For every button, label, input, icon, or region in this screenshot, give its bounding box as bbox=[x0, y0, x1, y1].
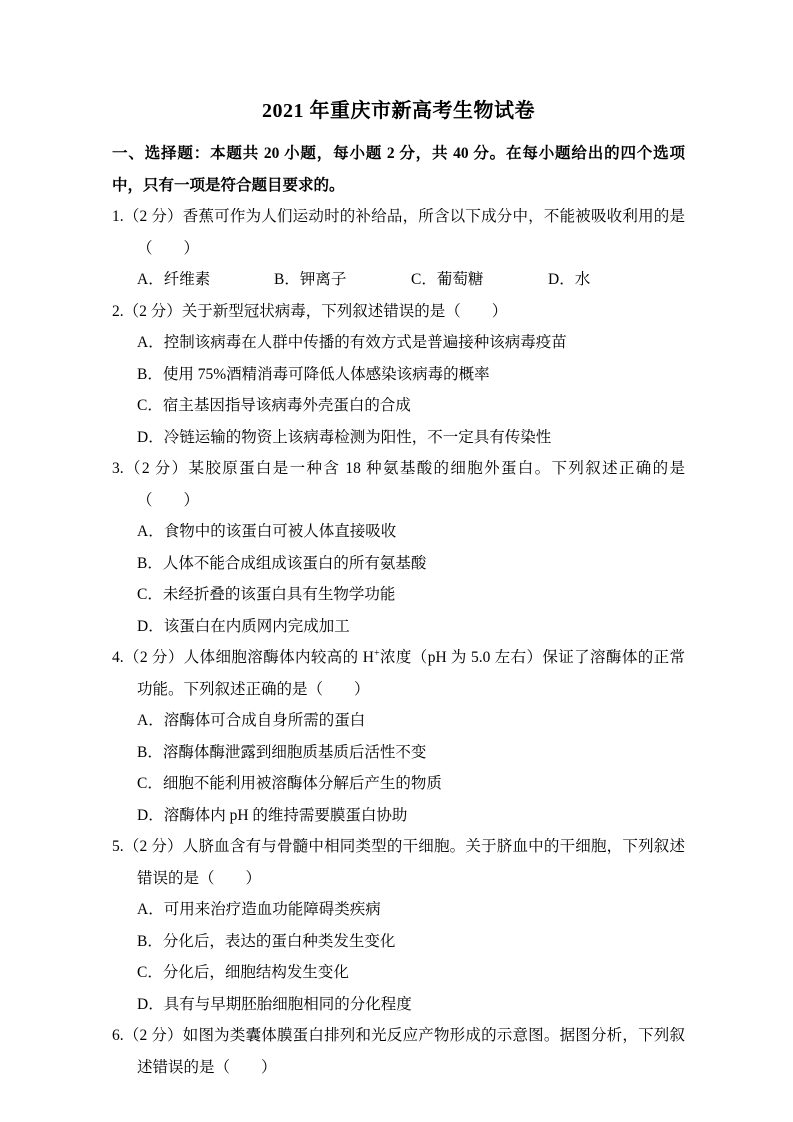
question-5-points: （2 分） bbox=[124, 838, 183, 855]
question-4-stem-pre: 人体细胞溶酶体内较高的 H bbox=[184, 649, 374, 666]
question-4-option-a: A．溶酶体可合成自身所需的蛋白 bbox=[112, 705, 685, 737]
option-label: B． bbox=[137, 366, 163, 383]
question-2: 2.（2 分）关于新型冠状病毒，下列叙述错误的是（ ） A．控制该病毒在人群中传… bbox=[112, 296, 685, 454]
question-4: 4.（2 分）人体细胞溶酶体内较高的 H+浓度（pH 为 5.0 左右）保证了溶… bbox=[112, 642, 685, 831]
question-4-option-d: D．溶酶体内 pH 的维持需要膜蛋白协助 bbox=[112, 800, 685, 832]
question-3-number: 3. bbox=[112, 460, 124, 477]
question-5-option-a: A．可用来治疗造血功能障碍类疾病 bbox=[112, 894, 685, 926]
section-header: 一、选择题：本题共 20 小题，每小题 2 分，共 40 分。在每小题给出的四个… bbox=[112, 138, 685, 201]
question-5-option-c: C．分化后，细胞结构发生变化 bbox=[112, 957, 685, 989]
question-6-stem: 6.（2 分）如图为类囊体膜蛋白排列和光反应产物形成的示意图。据图分析，下列叙述… bbox=[112, 1020, 685, 1083]
option-text: 分化后，表达的蛋白种类发生变化 bbox=[163, 933, 396, 950]
question-3-stem: 3.（2 分）某胶原蛋白是一种含 18 种氨基酸的细胞外蛋白。下列叙述正确的是（… bbox=[112, 453, 685, 516]
option-text: 溶酶体酶泄露到细胞质基质后活性不变 bbox=[163, 744, 427, 761]
option-text: 细胞不能利用被溶酶体分解后产生的物质 bbox=[163, 775, 442, 792]
option-label: C． bbox=[137, 397, 163, 414]
question-5-option-d: D．具有与早期胚胎细胞相同的分化程度 bbox=[112, 989, 685, 1021]
page-title: 2021 年重庆市新高考生物试卷 bbox=[112, 94, 685, 128]
question-1-option-b: B．钾离子 bbox=[274, 264, 411, 296]
question-2-option-d: D．冷链运输的物资上该病毒检测为阳性，不一定具有传染性 bbox=[112, 422, 685, 454]
question-1: 1.（2 分）香蕉可作为人们运动时的补给品，所含以下成分中，不能被吸收利用的是（… bbox=[112, 201, 685, 296]
question-3-stem-text: 某胶原蛋白是一种含 18 种氨基酸的细胞外蛋白。下列叙述正确的是（ ） bbox=[137, 460, 685, 509]
question-6-stem-text: 如图为类囊体膜蛋白排列和光反应产物形成的示意图。据图分析，下列叙述错误的是（ ） bbox=[137, 1027, 685, 1076]
option-label: A． bbox=[137, 334, 164, 351]
question-2-stem: 2.（2 分）关于新型冠状病毒，下列叙述错误的是（ ） bbox=[112, 296, 685, 328]
question-3-points: （2 分） bbox=[124, 460, 189, 477]
option-text: 水 bbox=[575, 271, 591, 288]
question-3-option-c: C．未经折叠的该蛋白具有生物学功能 bbox=[112, 579, 685, 611]
option-label: D． bbox=[548, 271, 575, 288]
option-label: D． bbox=[137, 618, 164, 635]
option-text: 未经折叠的该蛋白具有生物学功能 bbox=[163, 586, 396, 603]
question-4-stem: 4.（2 分）人体细胞溶酶体内较高的 H+浓度（pH 为 5.0 左右）保证了溶… bbox=[112, 642, 685, 705]
question-5-stem-text: 人脐血含有与骨髓中相同类型的干细胞。关于脐血中的干细胞，下列叙述错误的是（ ） bbox=[137, 838, 685, 887]
option-text: 冷链运输的物资上该病毒检测为阳性，不一定具有传染性 bbox=[164, 429, 552, 446]
option-text: 食物中的该蛋白可被人体直接吸收 bbox=[164, 523, 397, 540]
question-2-option-a: A．控制该病毒在人群中传播的有效方式是普遍接种该病毒疫苗 bbox=[112, 327, 685, 359]
question-3-option-a: A．食物中的该蛋白可被人体直接吸收 bbox=[112, 516, 685, 548]
option-text: 使用 75%酒精消毒可降低人体感染该病毒的概率 bbox=[163, 366, 490, 383]
question-5-option-b: B．分化后，表达的蛋白种类发生变化 bbox=[112, 926, 685, 958]
option-label: D． bbox=[137, 429, 164, 446]
option-text: 溶酶体可合成自身所需的蛋白 bbox=[164, 712, 366, 729]
question-4-option-b: B．溶酶体酶泄露到细胞质基质后活性不变 bbox=[112, 737, 685, 769]
question-6-points: （2 分） bbox=[124, 1027, 183, 1044]
exam-content: 2021 年重庆市新高考生物试卷 一、选择题：本题共 20 小题，每小题 2 分… bbox=[112, 94, 685, 1083]
question-4-number: 4. bbox=[112, 649, 124, 666]
option-label: C． bbox=[137, 775, 163, 792]
option-text: 纤维素 bbox=[164, 271, 211, 288]
option-label: A． bbox=[137, 712, 164, 729]
question-1-points: （2 分） bbox=[124, 208, 183, 225]
option-text: 具有与早期胚胎细胞相同的分化程度 bbox=[164, 996, 412, 1013]
option-text: 分化后，细胞结构发生变化 bbox=[163, 964, 349, 981]
option-label: B． bbox=[274, 271, 300, 288]
option-label: B． bbox=[137, 744, 163, 761]
question-3: 3.（2 分）某胶原蛋白是一种含 18 种氨基酸的细胞外蛋白。下列叙述正确的是（… bbox=[112, 453, 685, 642]
question-2-stem-text: 关于新型冠状病毒，下列叙述错误的是（ ） bbox=[182, 303, 508, 320]
question-1-option-d: D．水 bbox=[548, 264, 685, 296]
option-text: 控制该病毒在人群中传播的有效方式是普遍接种该病毒疫苗 bbox=[164, 334, 567, 351]
question-1-stem: 1.（2 分）香蕉可作为人们运动时的补给品，所含以下成分中，不能被吸收利用的是（… bbox=[112, 201, 685, 264]
question-4-option-c: C．细胞不能利用被溶酶体分解后产生的物质 bbox=[112, 768, 685, 800]
option-text: 人体不能合成组成该蛋白的所有氨基酸 bbox=[163, 555, 427, 572]
question-2-number: 2. bbox=[112, 303, 124, 320]
option-label: D． bbox=[137, 996, 164, 1013]
question-5-stem: 5.（2 分）人脐血含有与骨髓中相同类型的干细胞。关于脐血中的干细胞，下列叙述错… bbox=[112, 831, 685, 894]
question-2-points: （2 分） bbox=[124, 303, 182, 320]
option-text: 葡萄糖 bbox=[437, 271, 484, 288]
option-label: A． bbox=[137, 271, 164, 288]
option-label: A． bbox=[137, 901, 164, 918]
question-6-number: 6. bbox=[112, 1027, 124, 1044]
option-text: 钾离子 bbox=[300, 271, 347, 288]
question-1-option-c: C．葡萄糖 bbox=[411, 264, 548, 296]
question-6: 6.（2 分）如图为类囊体膜蛋白排列和光反应产物形成的示意图。据图分析，下列叙述… bbox=[112, 1020, 685, 1083]
option-label: C． bbox=[411, 271, 437, 288]
question-5: 5.（2 分）人脐血含有与骨髓中相同类型的干细胞。关于脐血中的干细胞，下列叙述错… bbox=[112, 831, 685, 1020]
option-label: B． bbox=[137, 933, 163, 950]
option-label: D． bbox=[137, 807, 164, 824]
option-label: A． bbox=[137, 523, 164, 540]
question-2-option-b: B．使用 75%酒精消毒可降低人体感染该病毒的概率 bbox=[112, 359, 685, 391]
question-1-number: 1. bbox=[112, 208, 124, 225]
question-2-option-c: C．宿主基因指导该病毒外壳蛋白的合成 bbox=[112, 390, 685, 422]
option-label: B． bbox=[137, 555, 163, 572]
question-1-options-row: A．纤维素 B．钾离子 C．葡萄糖 D．水 bbox=[112, 264, 685, 296]
question-5-number: 5. bbox=[112, 838, 124, 855]
question-1-option-a: A．纤维素 bbox=[137, 264, 274, 296]
exam-page: 2021 年重庆市新高考生物试卷 一、选择题：本题共 20 小题，每小题 2 分… bbox=[0, 0, 793, 1122]
question-3-option-d: D．该蛋白在内质网内完成加工 bbox=[112, 611, 685, 643]
option-label: C． bbox=[137, 964, 163, 981]
option-text: 溶酶体内 pH 的维持需要膜蛋白协助 bbox=[164, 807, 408, 824]
question-4-points: （2 分） bbox=[124, 649, 184, 666]
question-1-stem-text: 香蕉可作为人们运动时的补给品，所含以下成分中，不能被吸收利用的是（ ） bbox=[137, 208, 685, 257]
option-text: 宿主基因指导该病毒外壳蛋白的合成 bbox=[163, 397, 411, 414]
option-label: C． bbox=[137, 586, 163, 603]
option-text: 可用来治疗造血功能障碍类疾病 bbox=[164, 901, 381, 918]
question-3-option-b: B．人体不能合成组成该蛋白的所有氨基酸 bbox=[112, 548, 685, 580]
option-text: 该蛋白在内质网内完成加工 bbox=[164, 618, 350, 635]
